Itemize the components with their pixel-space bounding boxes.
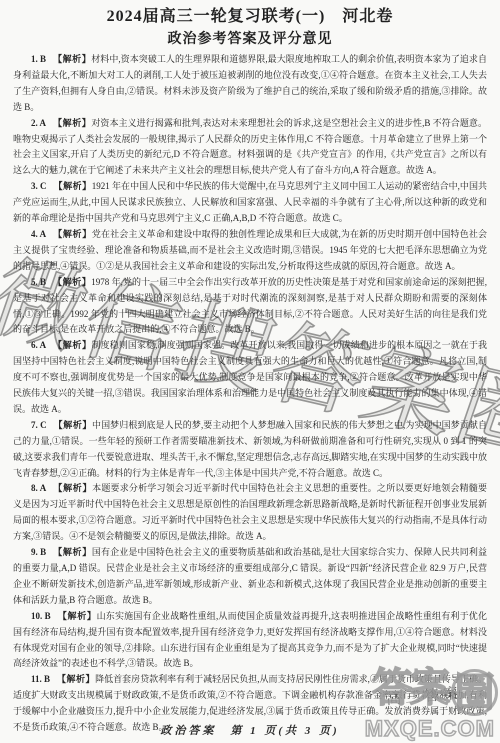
answer-list: 1. B【解析】材料中,资本突破工人的生理界限和道德界限,最大限度地榨取工人的剩… xyxy=(0,52,500,736)
question-number-and-answer: 6. A xyxy=(31,340,53,350)
answer-item: 10. B【解析】山东实施国有企业战略性重组,从而使国企质量效益再提升,这表明推… xyxy=(13,609,487,673)
answer-item: 2. A【解析】对资本主义进行揭露和批判,表达对未来理想社会的诉求,这是空想社会… xyxy=(13,116,487,180)
page-title: 政治参考答案及评分意见 xyxy=(0,29,500,48)
analysis-label: 【解析】 xyxy=(57,674,95,684)
analysis-label: 【解析】 xyxy=(53,229,92,239)
answer-item: 9. B【解析】国有企业是中国特色社会主义的重要物质基础和政治基础,是壮大国家综… xyxy=(13,545,487,609)
question-number-and-answer: 2. A xyxy=(31,118,53,128)
analysis-label: 【解析】 xyxy=(53,277,91,287)
analysis-text: 制度稳则国家稳,制度强则国家强。改革开放以来,我国取得一切成绩和进步的根本原因之… xyxy=(13,340,487,414)
analysis-label: 【解析】 xyxy=(54,420,92,430)
answer-item: 1. B【解析】材料中,资本突破工人的生理界限和道德界限,最大限度地榨取工人的剩… xyxy=(13,52,487,116)
analysis-label: 【解析】 xyxy=(53,118,91,128)
question-number-and-answer: 4. A xyxy=(31,229,53,239)
question-number-and-answer: 10. B xyxy=(31,611,58,621)
question-number-and-answer: 7. C xyxy=(31,420,54,430)
question-number-and-answer: 3. C xyxy=(31,181,54,191)
question-number-and-answer: 8. A xyxy=(31,483,53,493)
analysis-label: 【解析】 xyxy=(53,483,92,493)
question-number-and-answer: 5. B xyxy=(31,277,53,287)
exam-title: 2024届高三一轮复习联考(一) 河北卷 xyxy=(0,0,500,27)
answer-item: 3. C【解析】1921 年在中国人民和中华民族的伟大觉醒中,在马克思列宁主义同… xyxy=(13,179,487,227)
answer-item: 6. A【解析】制度稳则国家稳,制度强则国家强。改革开放以来,我国取得一切成绩和… xyxy=(13,338,487,418)
page-footer: 政治答案 第 1 页(共 3 页) xyxy=(0,722,500,738)
question-number-and-answer: 11. B xyxy=(31,674,57,684)
answer-item: 5. B【解析】1978 年,党的十一届三中全会作出实行改革开放的历史性决策是基… xyxy=(13,275,487,339)
answer-item: 8. A【解析】本题要求分析学习领会习近平新时代中国特色社会主义思想的重要性。之… xyxy=(13,481,487,545)
question-number-and-answer: 1. B xyxy=(31,54,53,64)
answer-item: 4. A【解析】党在社会主义革命和建设中取得的独创性理论成果和巨大成就,为在新的… xyxy=(13,227,487,275)
question-number-and-answer: 9. B xyxy=(31,547,53,557)
document-page: 2024届高三一轮复习联考(一) 河北卷 政治参考答案及评分意见 1. B【解析… xyxy=(0,0,500,743)
analysis-label: 【解析】 xyxy=(53,340,91,350)
answer-item: 7. C【解析】中国梦归根到底是人民的梦,要主动把个人梦想融入国家和民族的伟大梦… xyxy=(13,418,487,482)
analysis-label: 【解析】 xyxy=(53,54,91,64)
analysis-label: 【解析】 xyxy=(58,611,97,621)
analysis-label: 【解析】 xyxy=(54,181,92,191)
analysis-label: 【解析】 xyxy=(53,547,92,557)
